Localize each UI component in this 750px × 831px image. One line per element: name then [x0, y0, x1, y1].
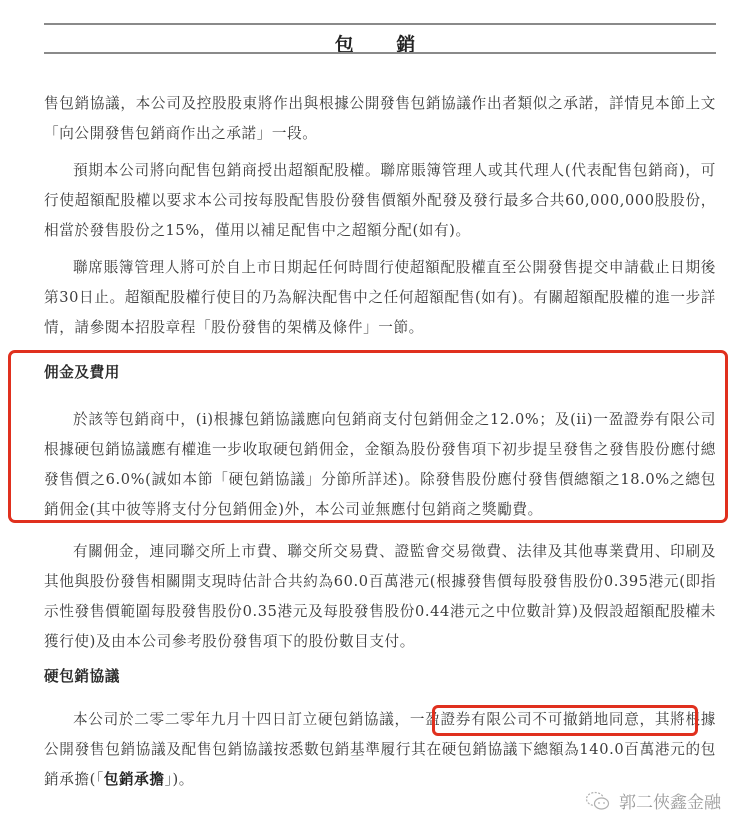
paragraph-undertakings: 售包銷協議，本公司及控股股東將作出與根據公開發售包銷協議作出者類似之承諾，詳情見…	[44, 89, 716, 149]
hard-underwriting-text-end: 」)。	[165, 771, 194, 788]
title-bottom-rule	[44, 52, 716, 54]
defined-term-underwriting-commitment: 包銷承擔	[104, 771, 165, 788]
watermark: 郭二俠鑫金融	[585, 788, 721, 813]
paragraph-overallotment-option: 預期本公司將向配售包銷商授出超額配股權。聯席賬簿管理人或其代理人(代表配售包銷商…	[44, 156, 716, 246]
irrevocable-agreement-highlight-box	[432, 705, 698, 736]
paragraph-listing-expenses: 有關佣金，連同聯交所上市費、聯交所交易費、證監會交易徵費、法律及其他專業費用、印…	[44, 537, 716, 657]
wechat-icon	[585, 791, 611, 811]
paragraph-overallotment-exercise: 聯席賬簿管理人將可於自上市日期起任何時間行使超額配股權直至公開發售提交申請截止日…	[44, 253, 716, 343]
commission-paragraph: 於該等包銷商中，(i)根據包銷協議應向包銷商支付包銷佣金之12.0%；及(ii)…	[44, 405, 716, 525]
title-top-rule	[44, 23, 716, 25]
hard-underwriting-heading: 硬包銷協議	[44, 665, 120, 686]
hard-underwriting-text-before: 本公司於二零二零年九月十四日訂立硬包銷協議，	[73, 711, 410, 728]
watermark-text: 郭二俠鑫金融	[619, 788, 721, 813]
commission-heading: 佣金及費用	[44, 361, 120, 382]
